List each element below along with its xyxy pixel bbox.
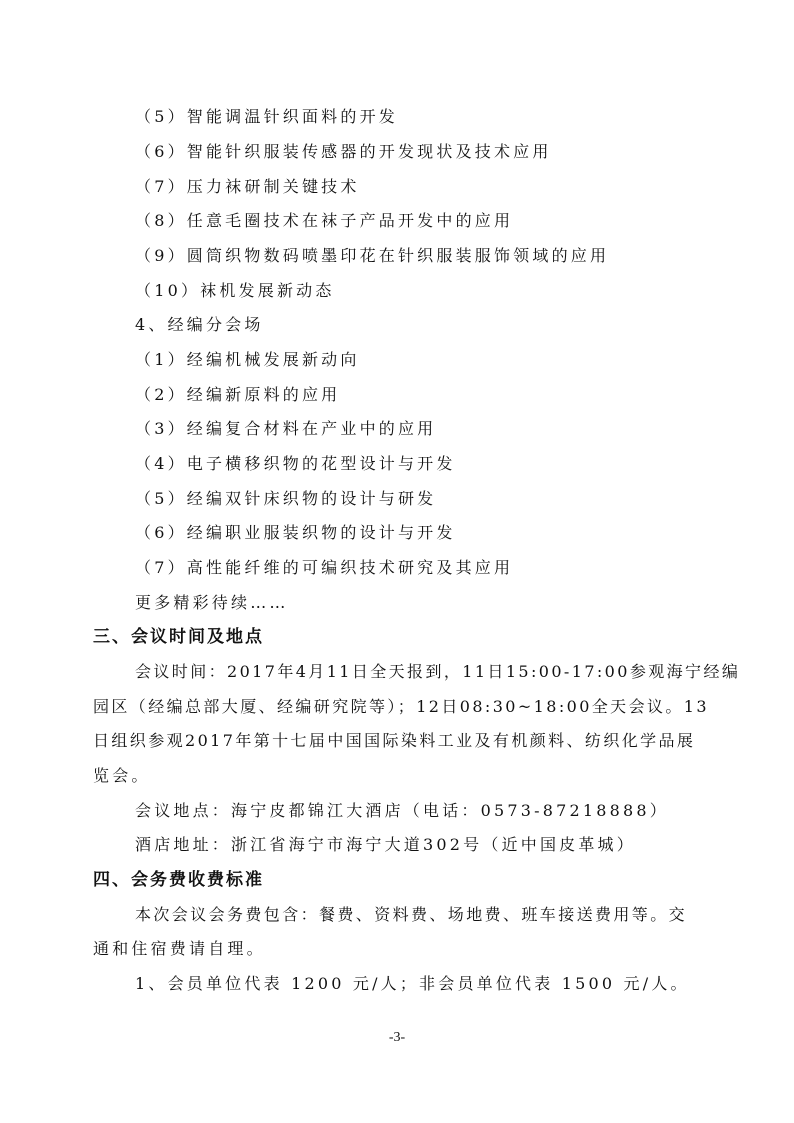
paragraph-line: 日组织参观2017年第十七届中国国际染料工业及有机颜料、纺织化学品展 (93, 731, 713, 751)
fee-rule: 1、会员单位代表 1200 元/人；非会员单位代表 1500 元/人。 (135, 974, 690, 994)
list-item: （9）圆筒织物数码喷墨印花在针织服装服饰领域的应用 (135, 246, 609, 266)
paragraph-line: 园区（经编总部大厦、经编研究院等）；12日08:30~18:00全天会议。13 (93, 697, 713, 717)
venue-text: 会议地点：海宁皮都锦江大酒店（电话：0573-87218888） (135, 801, 669, 821)
list-item: （6）经编职业服装织物的设计与开发 (135, 523, 456, 543)
list-item: （5）智能调温针织面料的开发 (135, 107, 398, 127)
list-item: （5）经编双针床织物的设计与研发 (135, 489, 436, 509)
paragraph-line: 本次会议会务费包含：餐费、资料费、场地费、班车接送费用等。交 (135, 905, 746, 925)
paragraph-line: 通和住宿费请自理。 (93, 939, 266, 959)
paragraph-line: 会议时间：2017年4月11日全天报到，11日15:00-17:00参观海宁经编 (135, 662, 746, 682)
list-item: （10）袜机发展新动态 (135, 281, 335, 301)
subsection-title: 4、经编分会场 (135, 315, 264, 335)
list-item: （7）高性能纤维的可编织技术研究及其应用 (135, 558, 513, 578)
page-number: -3- (0, 1030, 794, 1046)
more-text: 更多精彩待续…… (135, 593, 289, 613)
list-item: （6）智能针织服装传感器的开发现状及技术应用 (135, 142, 552, 162)
list-item: （4）电子横移织物的花型设计与开发 (135, 454, 456, 474)
paragraph-line: 览会。 (93, 766, 151, 786)
list-item: （8）任意毛圈技术在袜子产品开发中的应用 (135, 211, 513, 231)
list-item: （2）经编新原料的应用 (135, 385, 340, 405)
section-heading: 四、会务费收费标准 (93, 870, 264, 890)
list-item: （3）经编复合材料在产业中的应用 (135, 419, 436, 439)
address-text: 酒店地址：浙江省海宁市海宁大道302号（近中国皮革城） (135, 835, 636, 855)
section-heading: 三、会议时间及地点 (93, 627, 264, 647)
list-item: （1）经编机械发展新动向 (135, 350, 360, 370)
list-item: （7）压力袜研制关键技术 (135, 177, 360, 197)
